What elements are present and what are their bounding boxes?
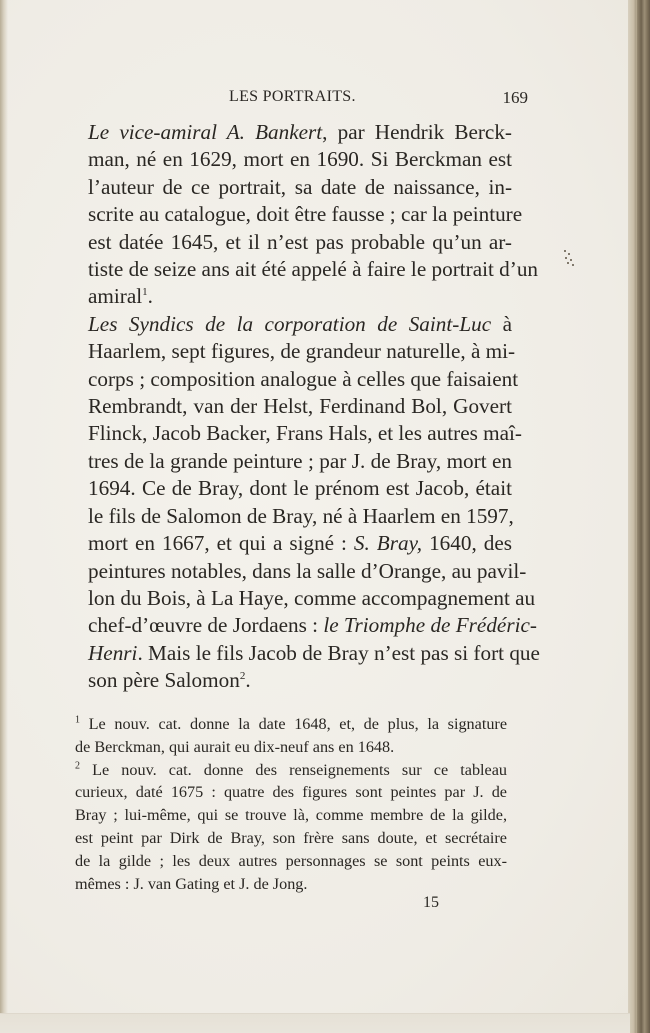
text-line: corps ; composition analogue à celles qu… [62,366,512,393]
footnote-line: est peint par Dirk de Bray, son frère sa… [61,827,507,850]
footnote-marker: 2 [75,760,80,771]
text-line: Haarlem, sept figures, de grandeur natur… [62,338,512,365]
footnote-line: 1 Le nouv. cat. donne la date 1648, et, … [61,713,507,736]
text-line: Le vice-amiral A. Bankert, par Hendrik B… [62,119,512,146]
footnote-2: 2 Le nouv. cat. donne des renseignements… [61,759,507,896]
footnote-line: Bray ; lui-même, qui se trouve là, comme… [61,804,507,827]
page-edge-line [636,0,637,1033]
text-line: peintures notables, dans la salle d’Oran… [62,558,512,585]
text-line: Rembrandt, van der Helst, Ferdinand Bol,… [62,393,512,420]
text-line: tiste de seize ans ait été appelé à fair… [62,256,512,283]
footnotes: 1 Le nouv. cat. donne la date 1648, et, … [61,713,507,895]
foxing-spot [562,248,576,268]
text-line: Les Syndics de la corporation de Saint-L… [62,311,512,338]
text-line: son père Salomon2. [62,667,512,694]
running-head: LES PORTRAITS. [229,88,356,106]
text-line: mort en 1667, et qui a signé : S. Bray, … [62,530,512,557]
footnote-line: de la gilde ; les deux autres personnage… [61,850,507,873]
bottom-page-edge [0,1013,630,1033]
text-line: est datée 1645, et il n’est pas probable… [62,229,512,256]
text-line: lon du Bois, à La Haye, comme accompagne… [62,585,512,612]
footnote-line: 2 Le nouv. cat. donne des renseignements… [61,759,507,782]
text-line: 1694. Ce de Bray, dont le prénom est Jac… [62,475,512,502]
footnote-1: 1 Le nouv. cat. donne la date 1648, et, … [61,713,507,759]
footnote-line: de Berckman, qui aurait eu dix-neuf ans … [61,736,507,759]
text-line: l’auteur de ce portrait, sa date de nais… [62,174,512,201]
text-line: Flinck, Jacob Backer, Frans Hals, et les… [62,420,512,447]
page-number: 169 [503,88,529,108]
footnote-line: curieux, daté 1675 : quatre des figures … [61,781,507,804]
text-line: amiral1. [62,283,512,310]
body-text: Le vice-amiral A. Bankert, par Hendrik B… [62,119,512,695]
text-line: tres de la grande peinture ; par J. de B… [62,448,512,475]
paragraph-1: Le vice-amiral A. Bankert, par Hendrik B… [62,119,512,311]
text-line: Henri. Mais le fils Jacob de Bray n’est … [62,640,512,667]
signature-mark: 15 [423,894,439,912]
text-line: man, né en 1629, mort en 1690. Si Berckm… [62,146,512,173]
text-line: scrite au catalogue, doit être fausse ; … [62,201,512,228]
footnote-marker: 1 [75,715,80,726]
gutter-shadow [0,0,8,1033]
paragraph-2: Les Syndics de la corporation de Saint-L… [62,311,512,695]
footnote-line: mêmes : J. van Gating et J. de Jong. [61,873,507,896]
page-stack-edge [628,0,650,1033]
text-line: chef-d’œuvre de Jordaens : le Triomphe d… [62,612,512,639]
text-line: le fils de Salomon de Bray, né à Haarlem… [62,503,512,530]
